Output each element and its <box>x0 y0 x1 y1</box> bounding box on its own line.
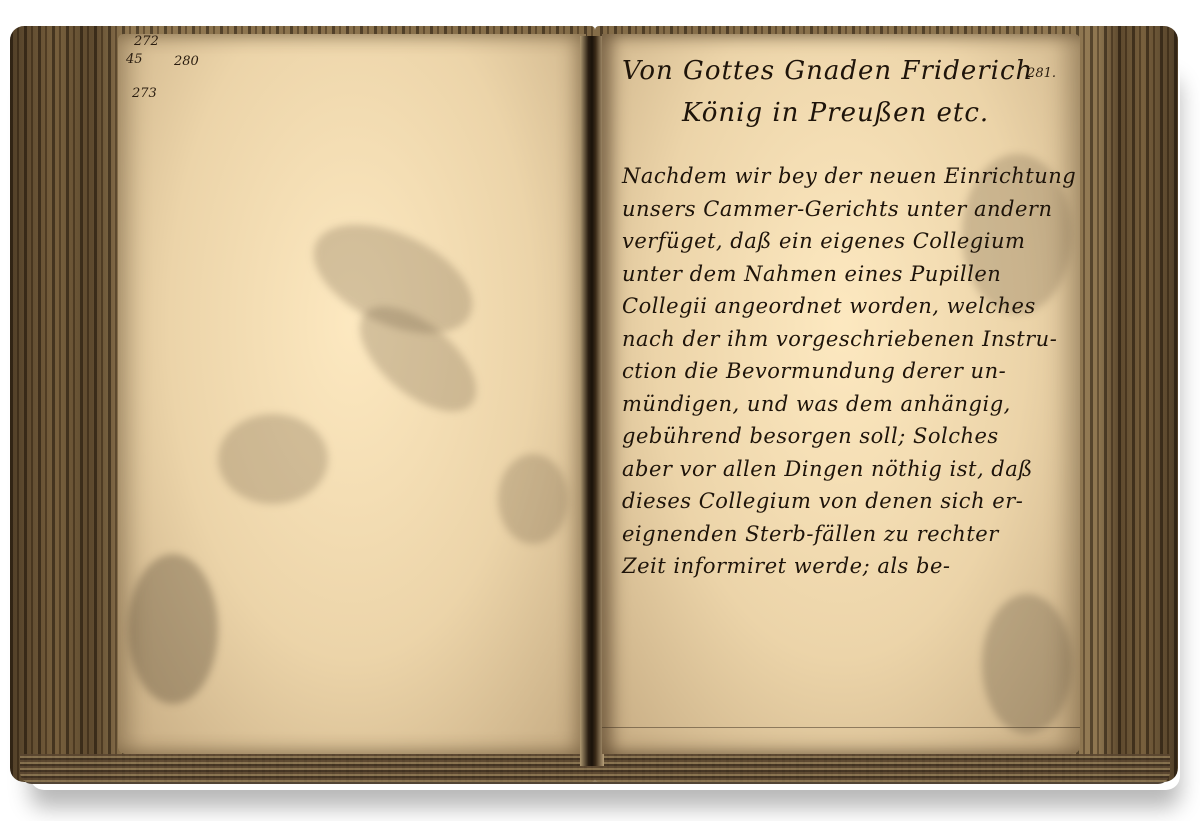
manuscript-body: Nachdem wir bey der neuen Einrichtung un… <box>622 160 1064 583</box>
folio-number: 273 <box>132 86 157 101</box>
folio-number: 272 <box>134 34 159 49</box>
text-line: Zeit informiret werde; als be- <box>622 550 1064 583</box>
text-line: Nachdem wir bey der neuen Einrichtung <box>622 160 1064 193</box>
book-gutter <box>580 36 604 766</box>
left-page: 272 45 280 273 <box>118 34 586 754</box>
text-line: gebührend besorgen soll; Solches <box>622 420 1064 453</box>
text-line: dieses Collegium von denen sich er- <box>622 485 1064 518</box>
water-stain <box>128 554 218 704</box>
water-stain <box>498 454 568 544</box>
text-line: mündigen, und was dem anhängig, <box>622 388 1064 421</box>
text-line: eignenden Sterb-fällen zu rechter <box>622 518 1064 551</box>
text-line: verfüget, daß ein eigenes Collegium <box>622 225 1064 258</box>
water-stain <box>218 414 328 504</box>
text-line: aber vor allen Dingen nöthig ist, daß <box>622 453 1064 486</box>
open-book: 272 45 280 273 281. Von Gottes Gnaden Fr… <box>10 26 1178 784</box>
manuscript-text: Von Gottes Gnaden Friderich König in Pre… <box>622 50 1064 583</box>
right-page: 281. Von Gottes Gnaden Friderich König i… <box>602 34 1080 754</box>
text-line: unsers Cammer-Gerichts unter andern <box>622 193 1064 226</box>
manuscript-heading: Von Gottes Gnaden Friderich König in Pre… <box>622 50 1064 134</box>
water-stain <box>982 594 1072 734</box>
text-line: Collegii angeordnet worden, welches <box>622 290 1064 323</box>
text-line: nach der ihm vorgeschriebenen Instru- <box>622 323 1064 356</box>
page-bottom-rule <box>602 727 1080 742</box>
folio-number: 280 <box>174 54 199 69</box>
heading-line: König in Preußen etc. <box>622 92 1064 134</box>
text-line: ction die Bevormundung derer un- <box>622 355 1064 388</box>
folio-number: 45 <box>126 52 143 67</box>
heading-line: Von Gottes Gnaden Friderich <box>622 50 1064 92</box>
text-line: unter dem Nahmen eines Pupillen <box>622 258 1064 291</box>
